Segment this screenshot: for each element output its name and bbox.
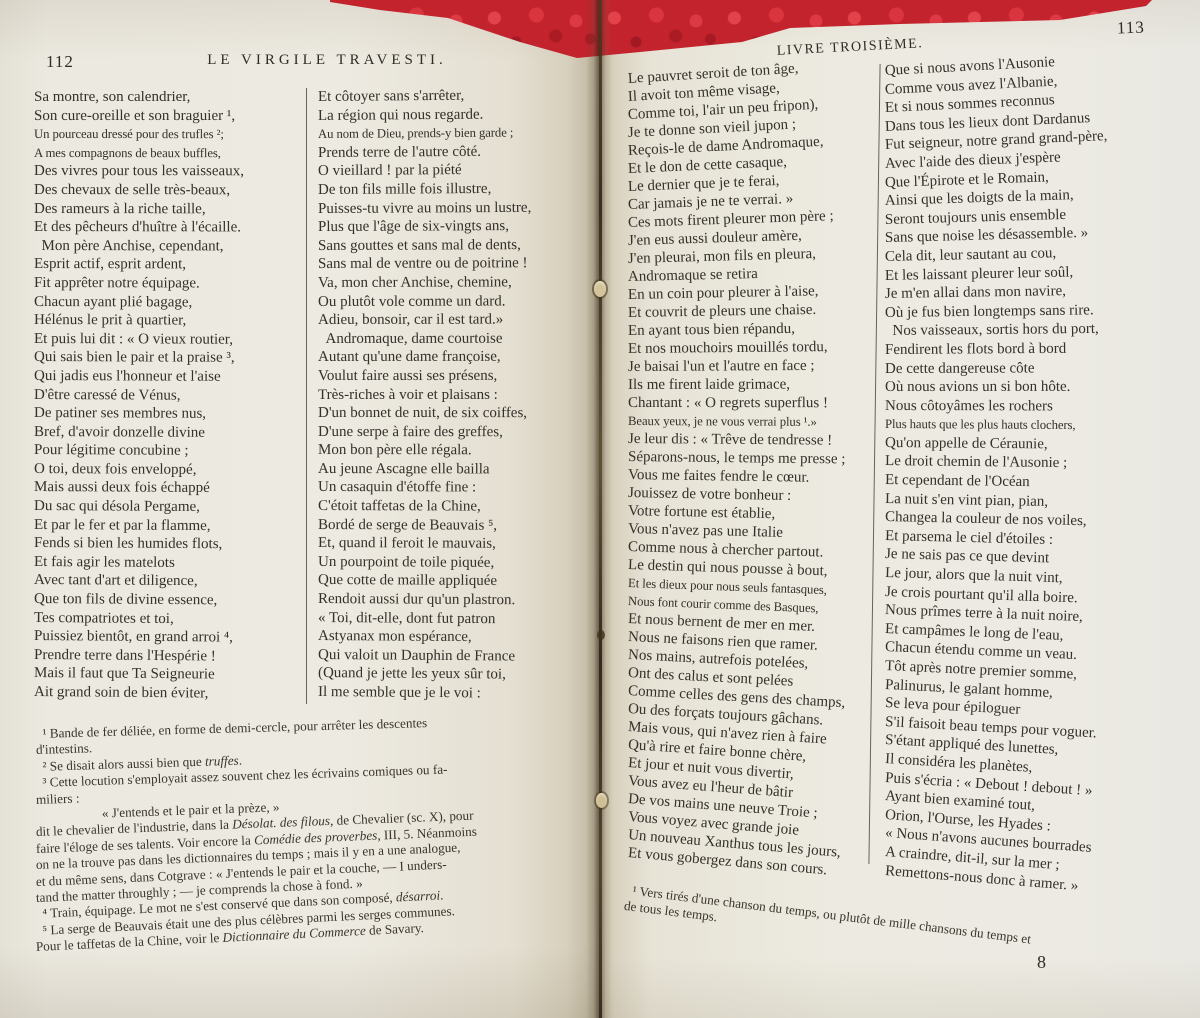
verse-line: Beaux yeux, je ne vous verrai plus ¹.» [628, 412, 868, 431]
verse-line: O toi, deux fois enveloppé, [34, 460, 302, 480]
verse-line: Des rameurs à la riche taille, [34, 200, 302, 219]
verse-line: Du sac qui désola Pergame, [34, 497, 302, 517]
right-page: LIVRE TROISIÈME. 113 Le pauvret seroit d… [597, 0, 1200, 1018]
verse-line: Fit apprêter notre équipage. [34, 274, 302, 293]
verse-line: O vieillard ! par la piété [318, 161, 594, 181]
verse-line: En ayant tous bien répandu, [628, 319, 868, 340]
verse-line: Il me semble que je le voi : [318, 683, 594, 704]
verse-line: Très-riches à voir et plaisans : [318, 386, 594, 405]
verse-line: Je baisai l'un et l'autre en face ; [628, 357, 868, 376]
verse-line: Où nous avions un si bon hôte. [885, 378, 1185, 397]
verse-line: D'une serpe à faire des greffes, [318, 423, 594, 442]
verse-line: Prends terre de l'autre côté. [318, 142, 594, 163]
verse-line: Voulut faire aussi ses présens, [318, 367, 594, 386]
verse-line: « Toi, dit-elle, dont fut patron [318, 609, 594, 629]
verse-line: Qui jadis eus l'honneur et l'aise [34, 367, 302, 387]
left-page-footnotes: ¹ Bande de fer déliée, en forme de demi-… [36, 726, 592, 956]
left-verse-column-1: Sa montre, son calendrier,Son cure-oreil… [34, 88, 302, 702]
verse-line: C'étoit taffetas de la Chine, [318, 497, 594, 516]
right-verse-column-2: Que si nous avons l'AusonieComme vous av… [885, 62, 1185, 880]
verse-line: Esprit actif, esprit ardent, [34, 255, 302, 274]
verse-line: Nous côtoyâmes les rochers [885, 397, 1185, 416]
verse-line: Sans gouttes et sans mal de dents, [318, 236, 594, 256]
verse-line: Un casaquin d'étoffe fine : [318, 478, 594, 497]
verse-line: Rendoit aussi dur qu'un plastron. [318, 590, 594, 610]
verse-line: Mon père Anchise, cependant, [34, 237, 302, 256]
verse-line: Et fais agir les matelots [34, 553, 302, 573]
verse-line: Un pourpoint de toile piquée, [318, 553, 594, 573]
verse-line: Autant qu'une dame françoise, [318, 348, 594, 367]
verse-line: Des chevaux de selle très-beaux, [34, 181, 302, 200]
verse-line: Tes compatriotes et toi, [34, 609, 302, 630]
verse-line: Et, quand il feroit le mauvais, [318, 534, 594, 554]
verse-line: Que cotte de maille appliquée [318, 571, 594, 591]
right-verse-column-1: Le pauvret seroit de ton âge,Il avoit to… [628, 70, 868, 862]
binding-stitch-top [594, 281, 606, 297]
verse-line: Pour légitime concubine ; [34, 441, 302, 461]
verse-line: Mais aussi deux fois échappé [34, 478, 302, 498]
verse-line: Puisses-tu vivre au moins un lustre, [318, 198, 594, 218]
verse-line: Des vivres pour tous les vaisseaux, [34, 162, 302, 181]
left-column-divider [306, 88, 307, 704]
verse-line: De cette dangereuse côte [885, 358, 1185, 378]
verse-line: Ils me firent laide grimace, [628, 375, 868, 394]
verse-line: Bref, d'avoir donzelle divine [34, 423, 302, 443]
left-verse-column-2: Et côtoyer sans s'arrêter,La région qui … [318, 88, 594, 702]
verse-line: Sa montre, son calendrier, [34, 88, 302, 107]
verse-line: Chacun ayant plié bagage, [34, 293, 302, 312]
verse-line: Un pourceau dressé pour des trufles ²; [34, 125, 302, 144]
verse-line: Et nos mouchoirs mouillés tordu, [628, 338, 868, 358]
verse-line: Fendirent les flots bord à bord [885, 339, 1185, 360]
verse-line: La région qui nous regarde. [318, 104, 594, 125]
verse-line: Astyanax mon espérance, [318, 627, 594, 648]
verse-line: Et puis lui dit : « O vieux routier, [34, 330, 302, 350]
verse-line: Andromaque, dame courtoise [318, 329, 594, 348]
verse-line: Ait grand soin de bien éviter, [34, 683, 302, 704]
verse-line: A mes compagnons de beaux buffles, [34, 144, 302, 163]
verse-line: Puissiez bientôt, en grand arroi ⁴, [34, 627, 302, 648]
left-running-title: LE VIRGILE TRAVESTI. [127, 52, 527, 69]
verse-line: Son cure-oreille et son braguier ¹, [34, 107, 302, 126]
verse-line: Mon bon père elle régala. [318, 441, 594, 460]
verse-line: Avec tant d'art et diligence, [34, 571, 302, 591]
verse-line: Chantant : « O regrets superflus ! [628, 394, 868, 412]
verse-line: Adieu, bonsoir, car il est tard.» [318, 311, 594, 330]
right-column-divider [868, 64, 880, 864]
verse-line: De ton fils mille fois illustre, [318, 179, 594, 199]
verse-line: Va, mon cher Anchise, chemine, [318, 273, 594, 292]
verse-line: Mais il faut que Ta Seigneurie [34, 664, 302, 685]
left-page: 112 LE VIRGILE TRAVESTI. Sa montre, son … [0, 0, 597, 1018]
binding-stitch-bottom [596, 793, 607, 808]
verse-line: Plus hauts que les plus hauts clochers, [885, 415, 1185, 435]
verse-line: Sans mal de ventre ou de poitrine ! [318, 254, 594, 274]
verse-line: D'être caressé de Vénus, [34, 386, 302, 406]
verse-line: De patiner ses membres nus, [34, 404, 302, 424]
verse-line: D'un bonnet de nuit, de six coiffes, [318, 404, 594, 423]
right-page-number: 113 [1117, 18, 1146, 39]
verse-line: Bordé de serge de Beauvais ⁵, [318, 516, 594, 536]
verse-line: Au jeune Ascagne elle bailla [318, 460, 594, 479]
verse-line: Nos vaisseaux, sortis hors du port, [885, 319, 1185, 341]
binding-stitch-middle [597, 630, 605, 640]
verse-line: Qui sais bien le pair et la praise ³, [34, 348, 302, 368]
verse-line: Et par le fer et par la flamme, [34, 516, 302, 536]
verse-line: Et des pêcheurs d'huître à l'écaille. [34, 218, 302, 237]
left-page-number: 112 [46, 52, 74, 72]
verse-line: Plus que l'âge de six-vingts ans, [318, 217, 594, 237]
verse-line: Fends si bien les humides flots, [34, 534, 302, 554]
verse-line: Ou plutôt vole comme un dard. [318, 292, 594, 311]
verse-line: Hélénus le prit à quartier, [34, 311, 302, 330]
binding-seam [599, 0, 602, 1018]
verse-line: Et côtoyer sans s'arrêter, [318, 86, 594, 107]
verse-line: (Quand je jette les yeux sûr toi, [318, 664, 594, 685]
verse-line: Je leur dis : « Trêve de tendresse ! [628, 430, 868, 450]
verse-line: Que ton fils de divine essence, [34, 590, 302, 611]
verse-line: Au nom de Dieu, prends-y bien garde ; [318, 123, 594, 144]
signature-mark: 8 [1037, 952, 1046, 973]
